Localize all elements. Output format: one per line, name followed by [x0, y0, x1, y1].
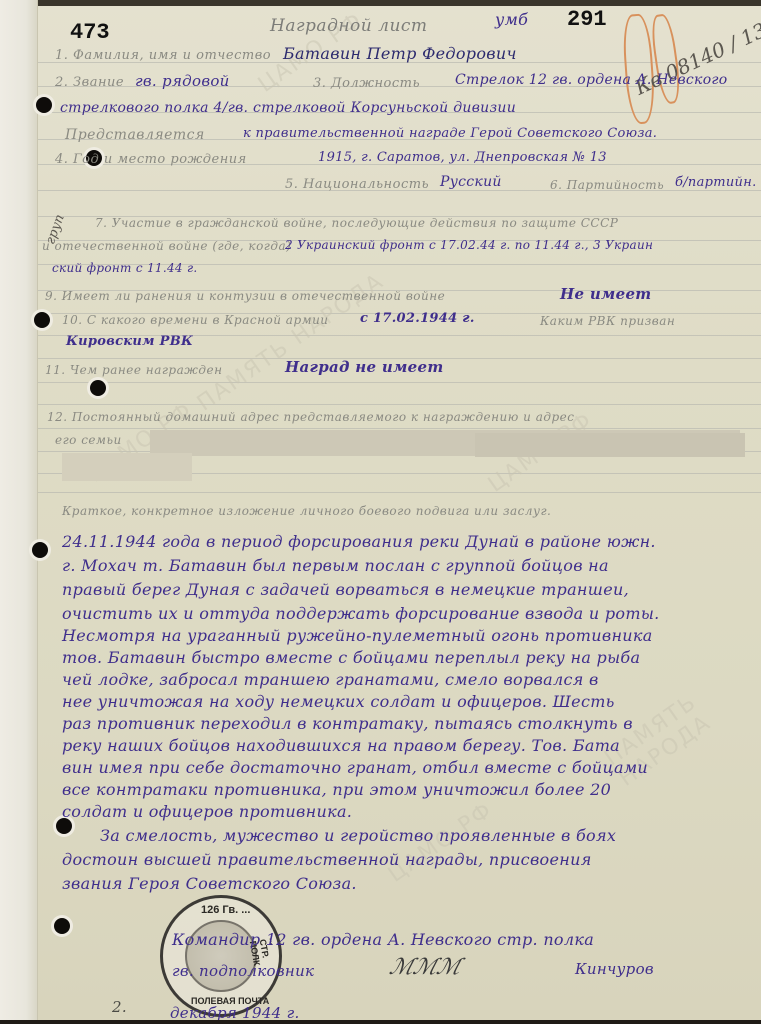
commander-signature: ℳℳℳ [387, 955, 464, 980]
redacted-address [62, 453, 192, 481]
narrative-line: нее уничтожая на ходу немецких солдат и … [62, 692, 615, 711]
page-title: Наградной лист [270, 16, 428, 36]
narrative-line: За смелость, мужество и геройство проявл… [100, 826, 616, 845]
field-value-birth: 1915, г. Саратов, ул. Днепровская № 13 [318, 150, 607, 165]
narrative-line: звания Героя Советского Союза. [62, 874, 357, 893]
field-value-position: Стрелок 12 гв. ордена А. Невского [455, 72, 728, 88]
field-label-home-address-cont: его семьи [55, 433, 122, 447]
field-value-rank: гв. рядовой [135, 72, 230, 90]
narrative-line: 24.11.1944 года в период форсирования ре… [62, 532, 656, 551]
punch-hole [54, 918, 70, 934]
field-value-nationality: Русский [440, 174, 502, 190]
field-label-war-participation-cont: и отечественной войне (где, когда) [42, 239, 291, 253]
field-label-birth: 4. Год и место рождения [55, 152, 247, 167]
field-value-previous-awards: Наград не имеет [285, 358, 444, 376]
commander-name: Кинчуров [575, 960, 654, 978]
field-value-party: б/партийн. [675, 175, 757, 190]
field-label-home-address: 12. Постоянный домашний адрес представля… [47, 410, 574, 424]
narrative-line: г. Мохач т. Батавин был первым послан с … [62, 556, 609, 575]
field-value-war-participation-cont: ский фронт с 11.44 г. [52, 261, 197, 275]
ruled-line [38, 492, 761, 493]
field-value-position-cont: стрелкового полка 4/гв. стрелковой Корсу… [60, 100, 516, 116]
narrative-line: реку наших бойцов находившихся на правом… [62, 736, 620, 755]
narrative-line: Несмотря на ураганный ружейно-пулеметный… [62, 626, 653, 645]
punch-hole [90, 380, 106, 396]
field-label-war-participation: 7. Участие в гражданской войне, последую… [95, 216, 618, 230]
field-label-draft-office: Каким РВК призван [540, 314, 675, 328]
field-label-nationality: 5. Национальность [285, 177, 429, 192]
field-label-previous-awards: 11. Чем ранее награжден [45, 363, 223, 377]
field-label-wounds: 9. Имеет ли ранения и контузии в отечест… [45, 289, 445, 303]
commander-title: Командир 12 гв. ордена А. Невского стр. … [172, 930, 594, 949]
field-value-draft-office: Кировским РВК [66, 334, 193, 349]
award-sheet-page: ЦАМО РФ ЦАМО РФ ЦАМО РФ ПАМЯТЬ НАРОДА ПА… [0, 0, 761, 1024]
narrative-line: чей лодке, забросал траншею гранатами, с… [62, 670, 599, 689]
scan-bottom-edge [0, 1020, 761, 1024]
field-value-name: Батавин Петр Федорович [283, 44, 517, 63]
commander-rank: гв. подполковник [172, 962, 314, 980]
field-label-name: 1. Фамилия, имя и отчество [55, 48, 271, 63]
header-handwritten-mark: умб [495, 10, 528, 29]
narrative-line: правый берег Дуная с задачей ворваться в… [62, 580, 629, 599]
field-value-wounds: Не имеет [560, 285, 651, 303]
date-day: 2. [112, 998, 127, 1016]
punch-hole [34, 312, 50, 328]
archive-number-left: 473 [70, 20, 110, 45]
narrative-line: все контратаки противника, при этом унич… [62, 780, 611, 799]
field-value-service-since: с 17.02.1944 г. [360, 311, 475, 326]
narrative-heading: Краткое, конкретное изложение личного бо… [62, 504, 551, 518]
redacted-address [475, 433, 745, 457]
field-label-position: 3. Должность [313, 76, 420, 91]
narrative-line: достоин высшей правительственной награды… [62, 850, 592, 869]
field-label-service-since: 10. С какого времени в Красной армии [62, 313, 329, 327]
narrative-line: вин имея при себе достаточно гранат, отб… [62, 758, 648, 777]
scan-top-edge [0, 0, 761, 6]
ruled-line [38, 382, 761, 383]
binding-margin-strip [0, 0, 38, 1024]
field-value-war-participation: 2 Украинский фронт с 17.02.44 г. по 11.4… [285, 238, 653, 252]
narrative-line: очистить их и оттуда поддержать форсиров… [62, 604, 660, 623]
field-label-party: 6. Партийность [550, 178, 664, 192]
punch-hole [36, 97, 52, 113]
punch-hole [32, 542, 48, 558]
narrative-line: солдат и офицеров противника. [62, 802, 352, 821]
archive-number-right: 291 [567, 7, 607, 32]
official-seal-stamp: 126 Гв. ... ... СТР. ПОЛК ПОЛЕВАЯ ПОЧТА [160, 895, 282, 1017]
narrative-line: раз противник переходил в контратаку, пы… [62, 714, 633, 733]
field-label-rank: 2. Звание [55, 75, 124, 90]
ruled-line [38, 404, 761, 405]
field-value-presented: к правительственной награде Герой Советс… [243, 126, 657, 141]
narrative-line: тов. Батавин быстро вместе с бойцами пер… [62, 648, 640, 667]
field-label-presented: Представляется [65, 127, 205, 143]
seal-top-text: 126 Гв. ... [201, 904, 250, 916]
